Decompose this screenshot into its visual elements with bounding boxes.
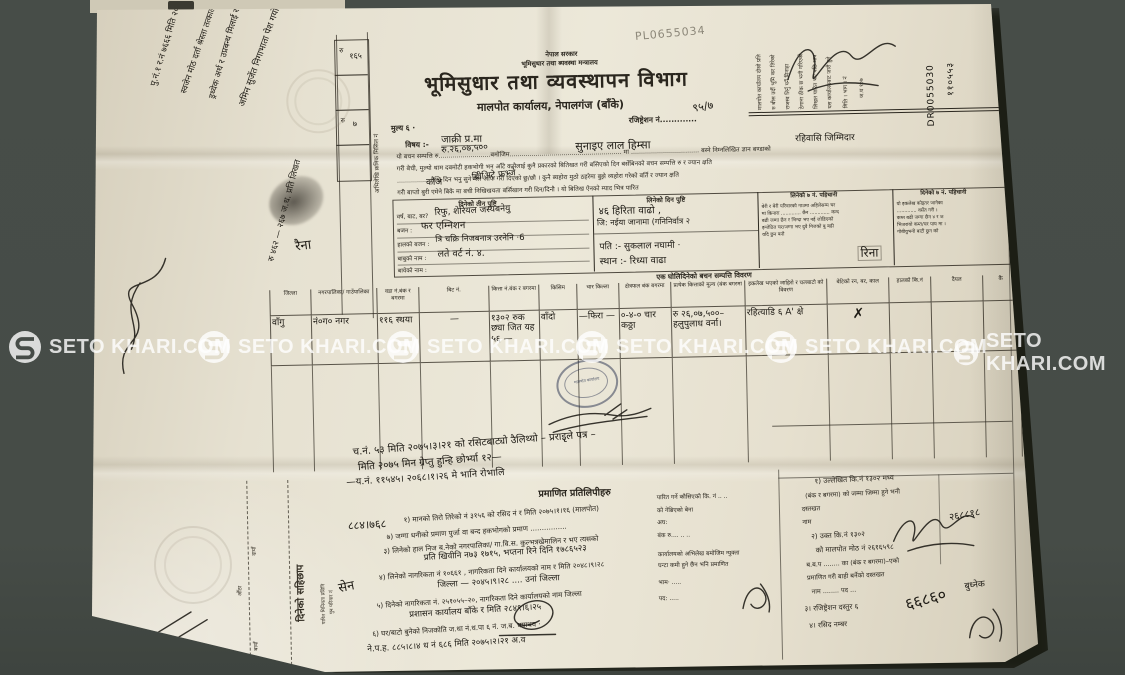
idleft-line2: मा किनारा ............. छैन ............… (762, 210, 839, 217)
header-department: भूमिसुधार तथा व्यवस्थापन विभाग (424, 66, 688, 97)
idright-line5: गोबीयुभनी बाटी छुन को (897, 229, 938, 235)
price-label: मुल्य ६ · (391, 123, 415, 133)
th-daiyal: दैयल (931, 275, 984, 302)
registration-value: ९५/७ (692, 100, 715, 115)
pusti-idright-text: यो इकलेख कोइतर जानेका ............. वर्स… (897, 199, 1006, 236)
header-government: नेपाल सरकार (545, 50, 577, 59)
idright-line3: कम्त बढी जग्गा छैन ४ र ज (897, 215, 944, 221)
certified-title: प्रमाणित प्रतिलिपीहरु (538, 487, 611, 500)
setokhari-logo-icon (8, 330, 42, 364)
intro-hand-name: सुनाइए लाल हिम्सा (575, 139, 650, 153)
td-betiko: ✗ (828, 303, 891, 354)
td-area: ०-४-० चार कठ्ठा (620, 308, 673, 359)
idleft-line1: बेरी र बेरी परिवारको नाउमा अहिलेसम्म चर (762, 203, 836, 210)
td-char-killa: —फिरा — (578, 309, 621, 360)
td-district: वाँगु (270, 315, 313, 366)
th-kitta-no: कित्ता नं.बंक र बगरमा (489, 285, 540, 312)
top-right-col-1: मालपोत कार्यालय दोस्रो प्रति (754, 8, 764, 110)
serial-number-2: ११०५५३ (943, 44, 957, 96)
th-char-killa: चार किल्ला (577, 283, 620, 310)
vertical-small-print-1: पारित मिनियता प्रसिनि (319, 514, 327, 624)
signature-top-right (777, 11, 909, 98)
fee-ru-value-1: १६५ (349, 52, 362, 61)
td-bit-no: — (420, 312, 491, 363)
signature-mid-right (734, 574, 779, 619)
header-ministry: भूमिसुधार तथा ब्यवस्था मन्त्रालय (521, 58, 598, 68)
background-paper-mark (168, 1, 194, 10)
td-kitta-no: १३०२ रुक छ्या जित यह ५६ — (490, 311, 541, 362)
signature-circled-mid (491, 590, 566, 644)
signer-vertical-label: दिनेको सहिछाप (293, 502, 310, 622)
empty-cell (673, 356, 749, 464)
td-municipality: नं०ग० नगर (312, 314, 379, 365)
fee-ru-label-1: रु (339, 47, 343, 56)
td-ward: ११६ स्थया (378, 313, 421, 364)
idright-line4: भिजरायो कम्त/चर पाय मा । (897, 222, 946, 228)
idleft-line3: बढी जग्गा छैन र भिन्दा भए नई जोडिएको (762, 217, 833, 223)
th-current-kitta: हालको कि.नं (889, 276, 932, 303)
pusti-row5-label: बायेको नाम : (398, 267, 427, 275)
document-paper: रु १६५ रु ७ अभिलेखि क्रमिक मिसिल नं पु.न… (88, 4, 1040, 672)
thumb-label-thumb: औँठा (236, 556, 245, 596)
mr-line3: अघ: (657, 517, 777, 527)
intro-hand-address: रहिवासि जिम्मिदार (795, 134, 855, 145)
pusti-row1-label: वर्ष, बाट, बर? (397, 213, 429, 221)
td-value: रु २६,०७,५००– हलुपुलाध वर्ना। (672, 306, 747, 358)
idright-line2: ............. वर्सेत गरी । (897, 208, 938, 214)
pencil-serial-number: PL0655034 (635, 25, 707, 43)
mr-line5: कार्यालयको अभिलेख बमोजिम न्युक्ता (658, 549, 778, 559)
td-current-kitta (890, 302, 933, 353)
vertical-small-print-2: पुन परिवार नं (327, 524, 335, 614)
th-ward: वडा नं.बंक र बगरमा (377, 287, 420, 314)
th-municipality: नगरपालिका/ गाउँपालिका (311, 288, 378, 315)
th-details: इकलेख भएको जाहिरो र चलबाटो को विवरण (745, 279, 828, 307)
pusti-mid-line3: पति :- सुकलाल नघामी · (599, 242, 680, 254)
pusti-row4-label: बाबुको नाम : (398, 255, 427, 263)
td-details: रहित्याडि ६ A' क्षे (746, 305, 829, 357)
subject-label: विषय :- (405, 140, 429, 150)
header-office: मालपोत कार्यालय, नेपालगंज (बाँके) (477, 98, 624, 115)
margin-hand-mark-2: सेन (337, 579, 355, 596)
th-kisim: किसिम (539, 284, 578, 311)
registration-label: रजिष्ट्रेशन नं............. (629, 114, 697, 125)
empty-cell (933, 351, 987, 458)
td-kisim: वाँदो (540, 310, 579, 361)
pusti-mid-line1: ४६ हिरिता वाढो , (599, 205, 662, 217)
signature-bottom-right (885, 495, 1006, 557)
th-value: प्रत्येक कित्ताको मूल्य (बंक बगरमा (671, 280, 746, 308)
empty-cell (271, 365, 315, 472)
empty-cell (747, 355, 831, 463)
corner-strike-marks (107, 598, 269, 675)
pusti-mid-title: लिनेको दिन पुष्टि (646, 196, 685, 205)
pusti-idright-title: दिनेको ७ नं. पहिचानी (920, 190, 966, 198)
property-table: जिल्ला नगरपालिका/ गाउँपालिका वडा नं.बंक … (269, 275, 1023, 473)
mr-line6: घन्टा कमी हुने छैन भनि प्रमाणित (658, 559, 778, 569)
pusti-idleft-text: बेरी र बेरी परिवारको नाउमा अहिलेसम्म चर … (762, 201, 891, 239)
empty-cell (891, 352, 935, 459)
th-area: क्षेत्रफल बंक बगरमा (619, 282, 672, 309)
pusti-id-hand: रिना (857, 245, 881, 261)
photo-stage: रु १६५ रु ७ अभिलेखि क्रमिक मिसिल नं पु.न… (0, 0, 1125, 675)
idleft-line5: यदि छुन बनौ (762, 232, 784, 237)
idright-line1: यो इकलेख कोइतर जानेका (897, 201, 943, 207)
empty-cell (829, 353, 893, 460)
fee-ru-value-2: ७ (353, 120, 357, 129)
signature-left-margin (107, 250, 180, 381)
pusti-row3-label: हालको बजन : (397, 241, 429, 249)
mr-line4: बंक रु.... .. .. (657, 529, 777, 539)
thumb-label-right: दायाँ (250, 516, 259, 556)
mr-line1: पारित गर्ने कौसिएको कि. नं .. .. (657, 492, 777, 502)
bottom-div-1 (778, 470, 783, 660)
pusti-mid-line4: स्थान :- रिध्या वाढा (600, 256, 667, 268)
serial-number-1: DR0055030 (925, 40, 937, 126)
intro-hand-small: कोअ (426, 179, 442, 189)
td-daiyal (932, 301, 985, 352)
left-margin-vertical-print: अभिलेखि क्रमिक मिसिल नं (372, 63, 383, 193)
pusti-idleft-title: लिनेको ७ नं. पहिचानी (790, 192, 837, 200)
th-bit-no: बिट नं. (419, 286, 490, 313)
pusti-row2-label: बजन : (397, 227, 412, 235)
cert-item-1: १) मानको तिरो तिरेको नं ३१५६ को रसिद नं … (403, 504, 599, 525)
mr-line2: को नेब्रिएको बेना (657, 504, 777, 514)
th-betiko: बेटिको रन, बर, काल (827, 277, 890, 304)
signature-bottom-right-2 (959, 601, 1020, 648)
margin-scribble-4: अमिन सुजेंत निगाभाता पेश गर्यो । (238, 2, 285, 109)
empty-cell (985, 351, 1023, 458)
cert-hand-serial: ८८४।७६८ (348, 518, 387, 532)
th-district: जिल्ला (269, 289, 312, 316)
margin-hand-mark: रैना (295, 239, 313, 255)
idleft-line4: इन्जेठित चर/जग्गा भए दुवै निजको बु बढी (762, 224, 834, 231)
